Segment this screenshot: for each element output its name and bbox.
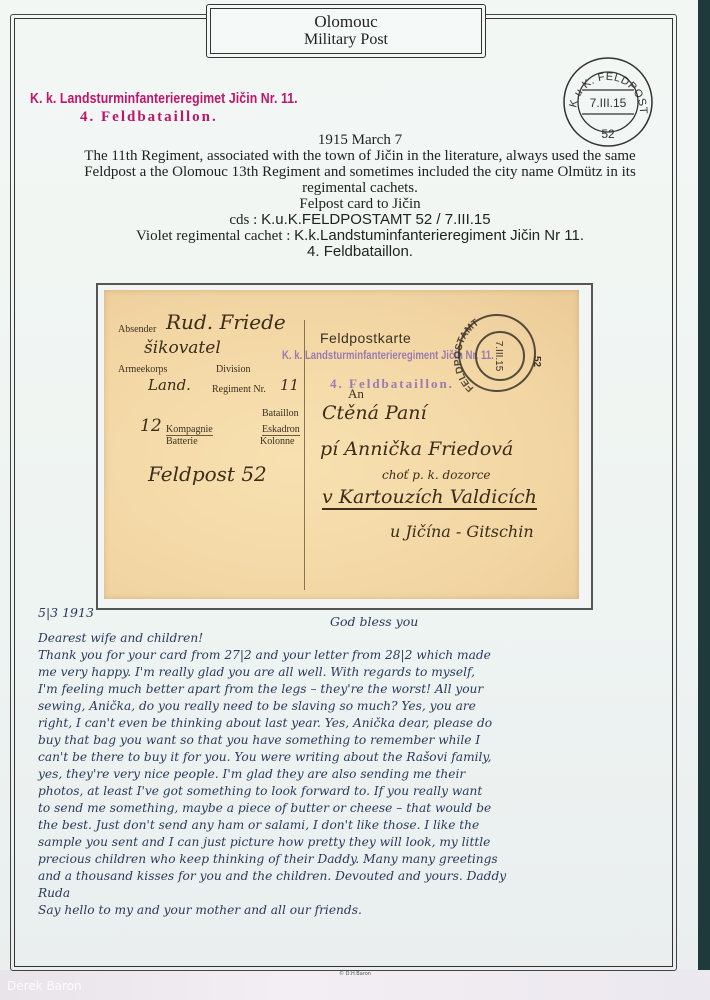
label-absender: Absender — [118, 324, 156, 335]
cachet-label: Violet regimental cachet : — [136, 228, 290, 244]
cachet-value-2: 4. Feldbataillon. — [60, 244, 660, 260]
label-bataillon: Bataillon — [262, 408, 299, 419]
cds-value: K.u.K.FELDPOSTAMT 52 / 7.III.15 — [261, 211, 491, 228]
postmark-date: 7.III.15 — [590, 96, 627, 110]
letter-line: Say hello to my and your mother and all … — [38, 902, 658, 919]
letter-line: and a thousand kisses for you and the ch… — [38, 868, 658, 885]
cachet-line-1: K. k. Landsturminfanterieregimet Jičin N… — [30, 90, 298, 107]
address-line-5: u Jičína - Gitschin — [390, 522, 534, 541]
label-armeekorps: Armeekorps — [118, 364, 167, 375]
label-division: Division — [216, 364, 250, 375]
letter-line: I'm feeling much better apart from the l… — [38, 681, 658, 698]
label-batterie: Batterie — [166, 436, 198, 447]
label-regiment: Regiment Nr. — [212, 384, 266, 395]
feldpost-card: Absender Rud. Friede šikovatel Armeekorp… — [104, 290, 579, 599]
letter-line: Dearest wife and children! — [38, 630, 658, 647]
page-subtitle: Military Post — [211, 31, 481, 49]
page-edge — [698, 0, 710, 1000]
cds-label: cds : — [229, 212, 257, 228]
cachet-value: K.k.Landstuminfanterieregiment Jičin Nr … — [294, 227, 584, 244]
letter-line: can't be there to buy it for you. You we… — [38, 749, 658, 766]
letter-line: me very happy. I'm really glad you are a… — [38, 664, 658, 681]
card-postmark-icon: FELDPOSTAMT 7.III.15 52 — [452, 308, 542, 398]
letter-line: the best. Just don't send any ham or sal… — [38, 817, 658, 834]
address-line-4-text: v Kartouzích Valdicích — [322, 486, 537, 510]
description-cds: cds : K.u.K.FELDPOSTAMT 52 / 7.III.15 — [60, 212, 660, 228]
letter-blessing: God bless you — [330, 614, 418, 629]
label-kolonne: Kolonne — [260, 436, 294, 447]
letter-line: sample you sent and I can just picture h… — [38, 834, 658, 851]
sender-feldpost: Feldpost 52 — [148, 462, 267, 486]
page-title: Olomouc — [211, 13, 481, 31]
card-postmark-date: 7.III.15 — [493, 341, 504, 372]
letter-line: precious children who keep thinking of t… — [38, 851, 658, 868]
regimental-cachet: K. k. Landsturminfanterieregimet Jičin N… — [30, 90, 356, 126]
sender-unit: Land. — [148, 376, 191, 394]
description: 1915 March 7 The 11th Regiment, associat… — [60, 132, 660, 260]
sender-regiment-no: 11 — [280, 376, 299, 394]
address-line-1: Ctěná Paní — [322, 402, 427, 424]
card-heading: Feldpostkarte — [320, 330, 411, 346]
label-eskadron: Eskadron — [262, 424, 300, 436]
description-paragraph: The 11th Regiment, associated with the t… — [60, 148, 660, 196]
letter-date: 5|3 1913 — [38, 605, 94, 620]
letter-line: buy that bag you want so that you have s… — [38, 732, 658, 749]
letter-line: Thank you for your card from 27|2 and yo… — [38, 647, 658, 664]
copyright: © D.H.Baron — [0, 971, 710, 977]
address-line-2: pí Annička Friedová — [320, 438, 513, 460]
watermark: Derek Baron — [7, 979, 82, 993]
letter-line: Ruda — [38, 885, 658, 902]
letter-line: yes, they're very nice people. I'm glad … — [38, 766, 658, 783]
description-card-type: Felpost card to Jičin — [60, 196, 660, 212]
sender-rank: šikovatel — [144, 338, 221, 358]
description-cachet: Violet regimental cachet : K.k.Landstumi… — [60, 228, 660, 244]
letter-line: sewing, Anička, do you really need to be… — [38, 698, 658, 715]
sender-kompagnie-no: 12 — [140, 416, 162, 436]
address-line-3: choť p. k. dozorce — [382, 468, 491, 482]
letter-line: photos, at least I've got something to l… — [38, 783, 658, 800]
label-kompagnie: Kompagnie — [166, 424, 213, 436]
letter-translation: Dearest wife and children!Thank you for … — [38, 630, 658, 919]
cachet-line-2: 4. Feldbataillon. — [80, 109, 356, 126]
letter-line: right, I can't even be thinking about la… — [38, 715, 658, 732]
sender-name: Rud. Friede — [166, 310, 286, 334]
description-date: 1915 March 7 — [60, 132, 660, 148]
title-box: Olomouc Military Post — [210, 8, 482, 54]
letter-line: to send me something, maybe a piece of b… — [38, 800, 658, 817]
address-line-4: v Kartouzích Valdicích — [322, 486, 537, 508]
card-postmark-number: 52 — [531, 356, 542, 368]
card-an-label: An — [348, 386, 364, 402]
